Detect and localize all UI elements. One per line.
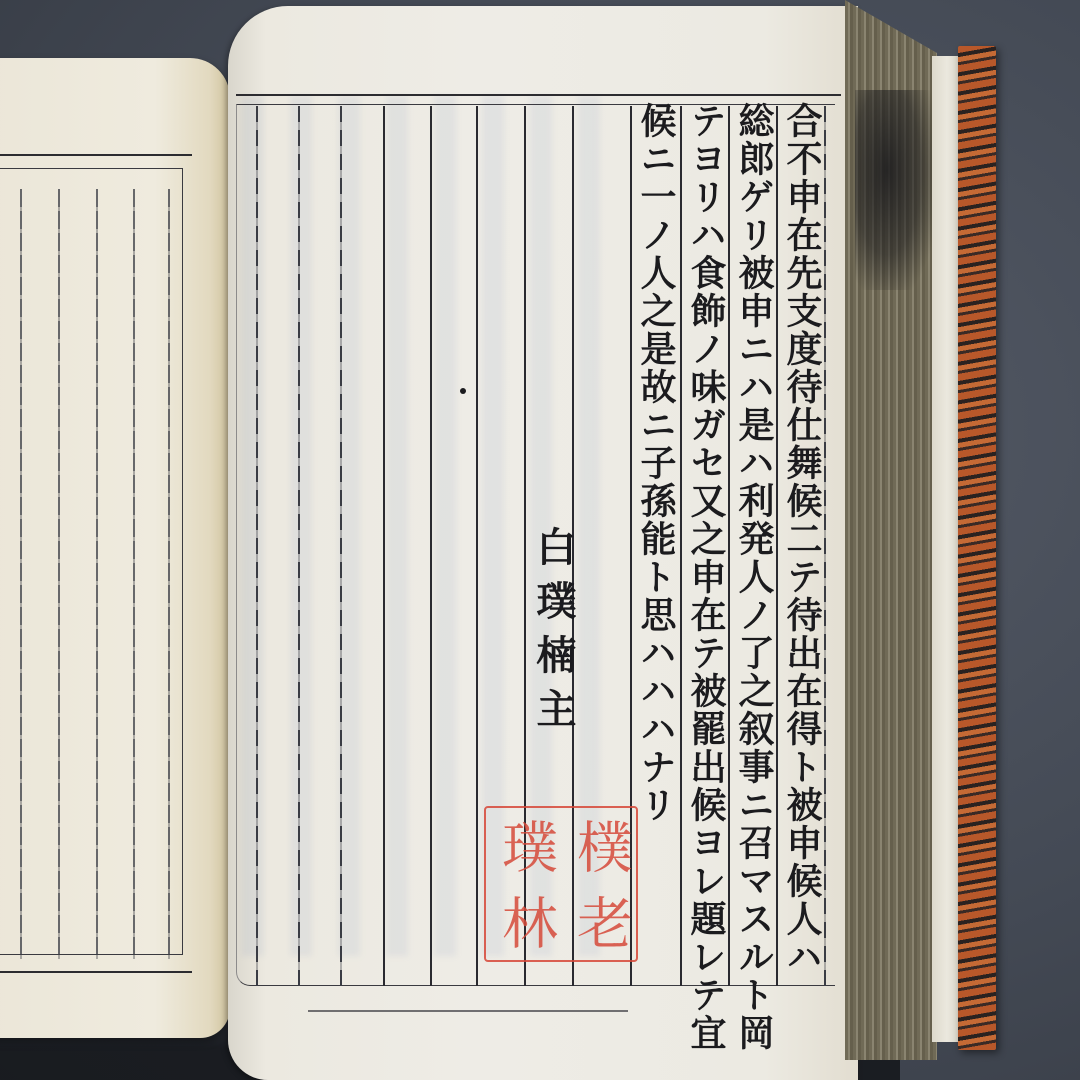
seal-character: 老 [561,884,636,960]
ruled-line [133,189,135,959]
marbled-cover-edge [958,46,996,1050]
ruled-line [58,189,60,959]
text-column-1: 合不申在先支度待仕舞候二テ待出在得ト被申候人ハ [780,102,824,976]
seal-character: 樸 [561,808,636,884]
ruled-line [680,106,682,986]
text-column-2: 総郎ゲリ被申ニハ是ハ利発人ノ了之叙事ニ召マスルト岡 [732,102,776,1052]
left-page-inner-frame [0,168,183,955]
left-page [0,58,230,1038]
ink-smudge [855,90,935,290]
ruled-line [383,106,385,986]
ruled-line [168,189,170,959]
ruled-line [340,106,342,986]
ruled-line [728,106,730,986]
right-page: 合不申在先支度待仕舞候二テ待出在得ト被申候人ハ 総郎ゲリ被申ニハ是ハ利発人ノ了之… [228,6,858,1080]
ruled-line [20,189,22,959]
seal-character: 璞 [486,808,561,884]
bottom-rule [308,1010,628,1012]
ruled-line [430,106,432,986]
ruled-line [256,106,258,986]
left-page-frame [0,154,192,973]
red-seal-stamp: 樸 老 璞 林 [484,806,638,962]
ruled-line [476,106,478,986]
ruled-line [776,106,778,986]
ruled-line [96,189,98,959]
seal-character: 林 [486,884,561,960]
ruled-line [298,106,300,986]
text-column-3: テヨリハ食飾ノ味ガセ又之申在テ被罷出候ヨレ題レテ宜 [684,102,728,1052]
ink-dot [460,388,466,394]
text-column-4: 候ニ一ノ人之是故ニ子孫能ト思ハハハナリ [634,102,678,824]
signature: 白璞楠主 [528,526,578,742]
ruled-line [824,106,826,986]
